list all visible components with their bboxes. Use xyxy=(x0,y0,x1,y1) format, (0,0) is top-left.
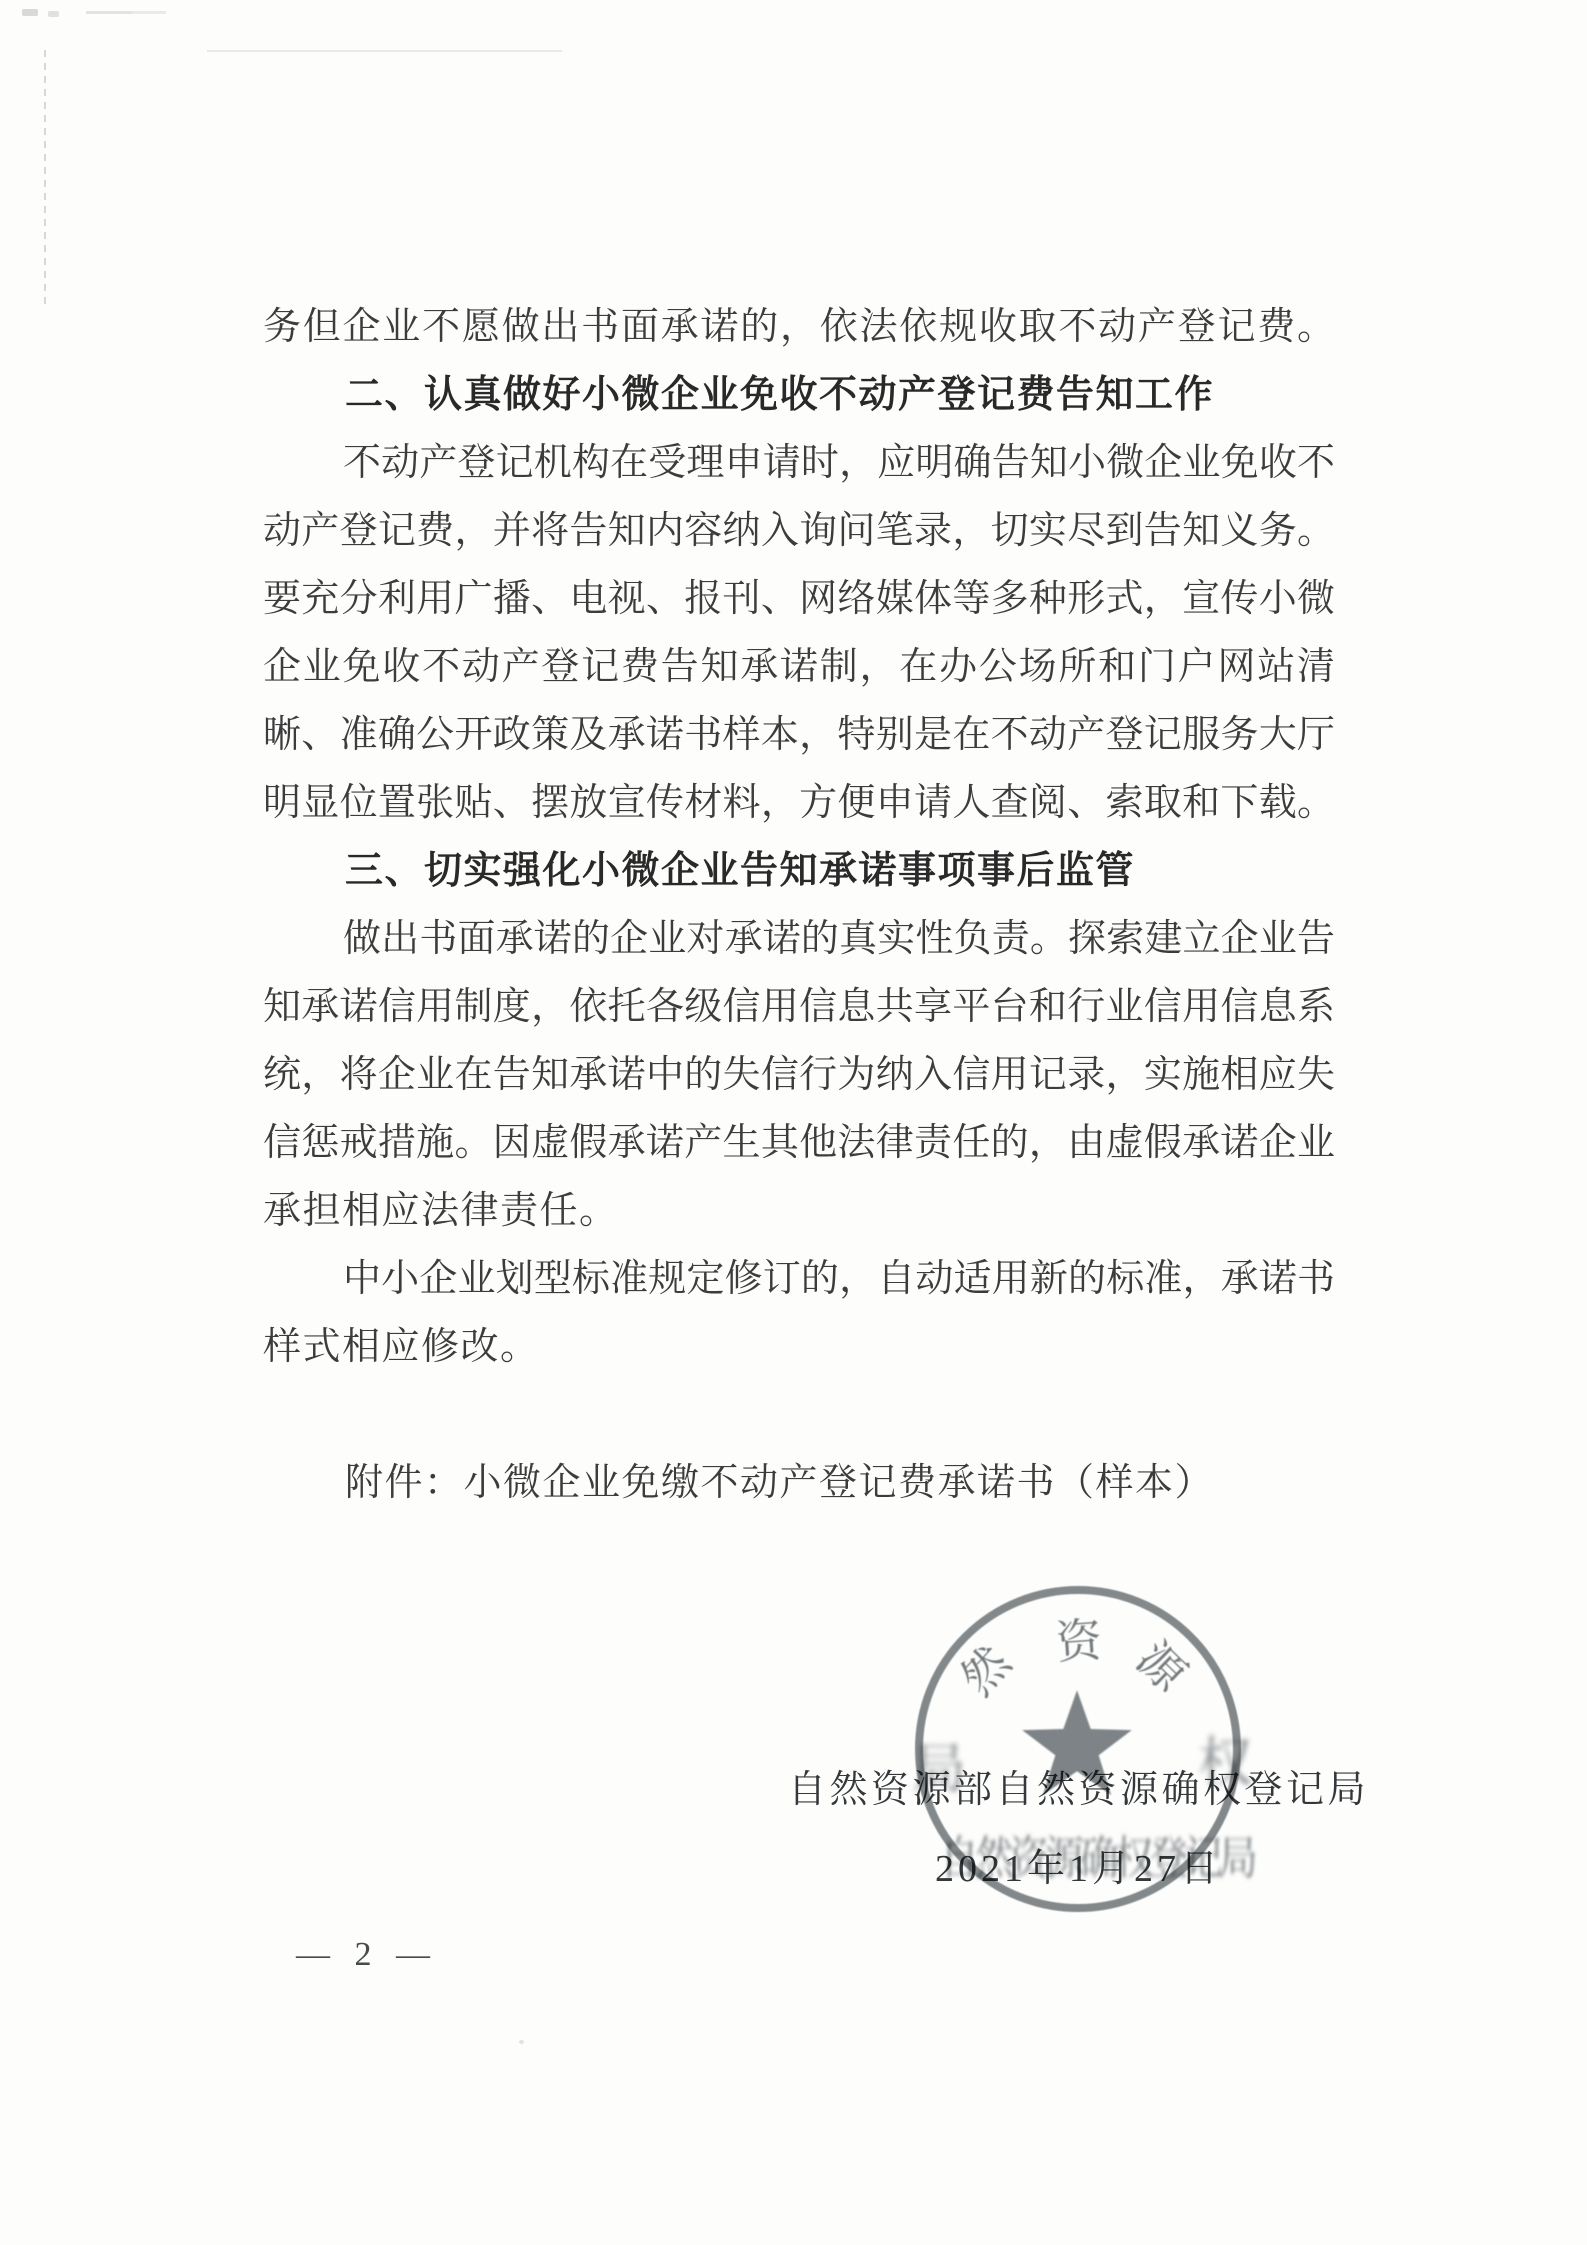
body-line: 样式相应修改。 xyxy=(263,1313,1335,1381)
body-line: 承担相应法律责任。 xyxy=(263,1177,1335,1245)
body-line: 做出书面承诺的企业对承诺的真实性负责。探索建立企业告 xyxy=(263,905,1335,973)
seal-star-icon xyxy=(1020,1690,1134,1800)
scan-artifact-dash xyxy=(86,11,132,14)
scan-artifact-speck xyxy=(519,2040,524,2044)
scan-artifact-dash xyxy=(132,11,166,14)
body-line: 要充分利用广播、电视、报刊、网络媒体等多种形式，宣传小微 xyxy=(263,565,1335,633)
seal-arc-char: 资 xyxy=(1054,1617,1103,1666)
section-heading-3: 三、切实强化小微企业告知承诺事项事后监管 xyxy=(263,837,1335,905)
body-line: 统，将企业在告知承诺中的失信行为纳入信用记录，实施相应失 xyxy=(263,1041,1335,1109)
body-line: 务但企业不愿做出书面承诺的，依法依规收取不动产登记费。 xyxy=(263,293,1335,361)
seal-ghost-char: 权 xyxy=(1198,1720,1252,1797)
body-line: 晰、准确公开政策及承诺书样本，特别是在不动产登记服务大厅 xyxy=(263,701,1335,769)
document-body: 务但企业不愿做出书面承诺的，依法依规收取不动产登记费。 二、认真做好小微企业免收… xyxy=(263,293,1335,1517)
body-line: 知承诺信用制度，依托各级信用信息共享平台和行业信用信息系 xyxy=(263,973,1335,1041)
section-heading-2: 二、认真做好小微企业免收不动产登记费告知工作 xyxy=(263,361,1335,429)
scan-artifact-line xyxy=(207,50,562,52)
scan-artifact-dashed-line xyxy=(44,50,46,308)
scan-artifact-smudge xyxy=(22,9,38,16)
body-line: 明显位置张贴、摆放宣传材料，方便申请人查阅、索取和下载。 xyxy=(263,769,1335,837)
body-line: 企业免收不动产登记费告知承诺制，在办公场所和门户网站清 xyxy=(263,633,1335,701)
body-line: 不动产登记机构在受理申请时，应明确告知小微企业免收不 xyxy=(263,429,1335,497)
seal-ghost-char: 局 xyxy=(912,1726,966,1803)
scan-artifact-smudge xyxy=(48,11,59,17)
body-line: 中小企业划型标准规定修订的，自动适用新的标准，承诺书 xyxy=(263,1245,1335,1313)
body-line: 信惩戒措施。因虚假承诺产生其他法律责任的，由虚假承诺企业 xyxy=(263,1109,1335,1177)
seal-bottom-text: 自然资源确权登记局 xyxy=(940,1822,1254,1888)
scanned-document-page: 务但企业不愿做出书面承诺的，依法依规收取不动产登记费。 二、认真做好小微企业免收… xyxy=(0,0,1587,2245)
body-line: 动产登记费，并将告知内容纳入询问笔录，切实尽到告知义务。 xyxy=(263,497,1335,565)
page-number: — 2 — xyxy=(296,1936,438,1974)
attachment-line: 附件：小微企业免缴不动产登记费承诺书（样本） xyxy=(263,1449,1335,1517)
